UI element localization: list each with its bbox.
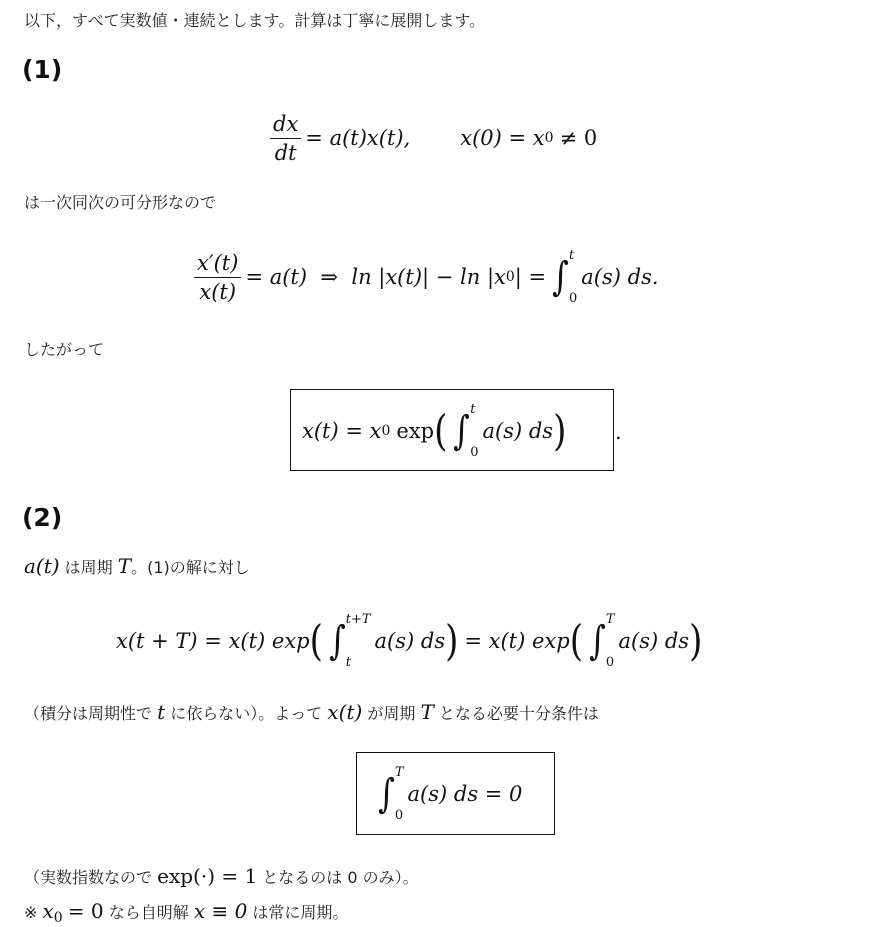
equation-condition: ∫T0 a(s) ds = 0 (372, 763, 522, 825)
equation-shift: x(t + T) = x(t) exp ( ∫t+Tt a(s) ds ) = … (116, 610, 702, 672)
text-periodic: a(t) は周期 T。(1)の解に対し (24, 556, 250, 578)
section-heading-1: (1) (22, 55, 62, 85)
equation-log: x′(t)x(t) = a(t) ⇒ ln |x(t)| − ln |x0 | … (190, 243, 659, 311)
equation-ode: dxdt = a(t)x(t), x(0) = x0 ≠ 0 (266, 110, 597, 166)
text-condition: （積分は周期性で t に依らない）。よって x(t) が周期 T となる必要十分… (24, 702, 599, 724)
equation-solution: x(t) = x0 exp ( ∫t0 a(s) ds ) (302, 400, 566, 462)
text-therefore: したがって (24, 340, 104, 360)
period-mark: . (615, 420, 622, 444)
text-separable: は一次同次の可分形なので (24, 193, 216, 213)
text-trivial-note: ※ x0 = 0 なら自明解 x ≡ 0 は常に周期。 (24, 901, 348, 927)
section-heading-2: (2) (22, 503, 62, 533)
text-exp-note: （実数指数なので exp(·) = 1 となるのは 0 のみ）。 (24, 866, 419, 888)
intro-text: 以下，すべて実数値・連続とします。計算は丁寧に展開します。 (24, 11, 485, 31)
integral-sign: ∫t0 (550, 248, 577, 306)
